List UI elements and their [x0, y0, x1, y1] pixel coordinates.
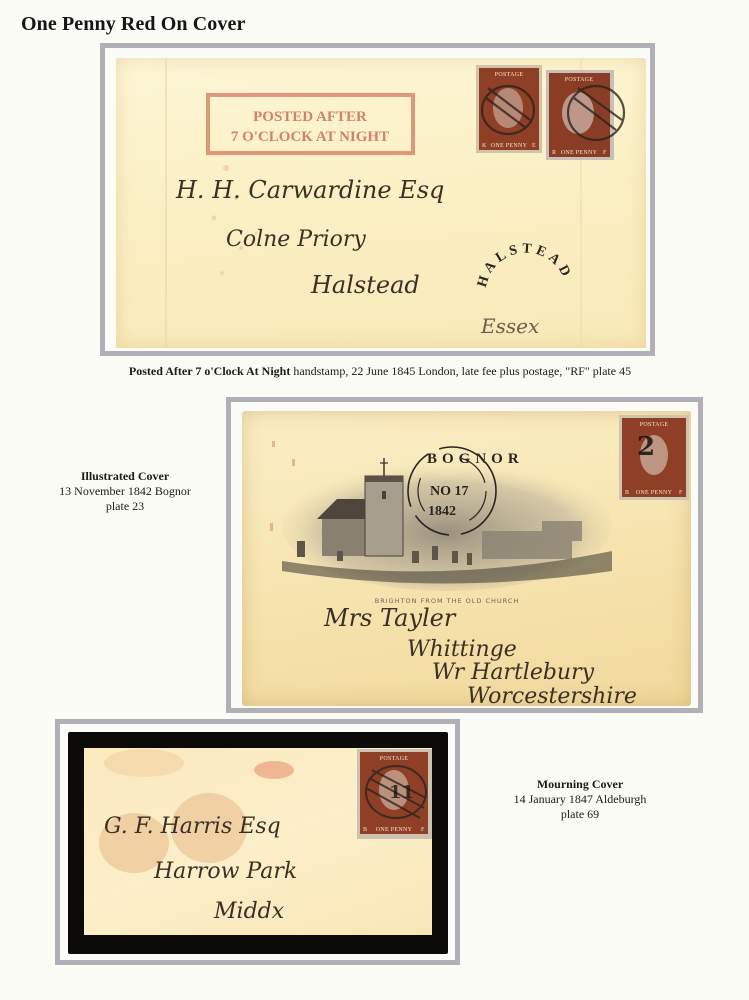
halstead-postmark: HALSTEAD	[475, 241, 575, 298]
svg-text:F: F	[603, 150, 607, 156]
svg-text:K: K	[482, 143, 487, 149]
cover-1-artwork: POSTED AFTER 7 O'CLOCK AT NIGHT POSTAGE …	[116, 58, 646, 348]
address-handwriting: H. H. Carwardine Esq Colne Priory Halste…	[175, 176, 539, 338]
svg-text:Halstead: Halstead	[310, 271, 420, 299]
svg-text:POSTAGE: POSTAGE	[640, 422, 669, 428]
svg-text:7 O'CLOCK AT NIGHT: 7 O'CLOCK AT NIGHT	[231, 129, 389, 145]
svg-text:1842: 1842	[428, 504, 456, 519]
caption-title: Illustrated Cover	[81, 469, 169, 483]
caption-date: 13 November 1842 Bognor	[30, 484, 220, 499]
svg-text:Colne Priory: Colne Priory	[226, 227, 366, 252]
svg-text:POSTAGE: POSTAGE	[495, 72, 524, 78]
caption-plate: plate 23	[30, 499, 220, 514]
page-title: One Penny Red On Cover	[21, 13, 245, 36]
cover-3-artwork: POSTAGE ONE PENNY B F 11 G. F. Harris Es…	[84, 748, 432, 935]
cover-2-artwork: BRIGHTON FROM THE OLD CHURCH BOGNOR NO 1…	[242, 411, 691, 706]
svg-text:11: 11	[389, 782, 414, 803]
svg-text:Wr Hartlebury: Wr Hartlebury	[432, 660, 595, 685]
svg-text:POSTAGE: POSTAGE	[380, 756, 409, 762]
svg-text:H. H. Carwardine Esq: H. H. Carwardine Esq	[175, 176, 444, 204]
cover-posted-after-7[interactable]: POSTED AFTER 7 O'CLOCK AT NIGHT POSTAGE …	[116, 58, 646, 348]
svg-text:ONE PENNY: ONE PENNY	[636, 490, 673, 496]
svg-text:Mrs Tayler: Mrs Tayler	[323, 604, 457, 632]
penny-red-stamp: POSTAGE ONE PENNY B F 2	[619, 415, 689, 500]
caption-mourning: Mourning Cover 14 January 1847 Aldeburgh…	[470, 777, 690, 822]
caption-date: 14 January 1847 Aldeburgh	[470, 792, 690, 807]
caption-plate: plate 69	[470, 807, 690, 822]
svg-text:ONE PENNY: ONE PENNY	[491, 143, 528, 149]
svg-text:Worcestershire: Worcestershire	[467, 684, 637, 706]
mourning-envelope-face: POSTAGE ONE PENNY B F 11 G. F. Harris Es…	[84, 748, 432, 935]
address-handwriting: Mrs Tayler Whittinge Wr Hartlebury Worce…	[323, 604, 637, 706]
penny-red-stamp: POSTAGE ONE PENNY B F 11	[357, 749, 432, 839]
svg-text:G. F. Harris Esq: G. F. Harris Esq	[104, 814, 281, 839]
caption-title: Mourning Cover	[537, 777, 623, 791]
svg-text:BOGNOR: BOGNOR	[427, 451, 524, 467]
svg-text:E: E	[532, 143, 536, 149]
caption-posted-after-7: Posted After 7 o'Clock At Night handstam…	[60, 364, 700, 379]
svg-text:ONE PENNY: ONE PENNY	[561, 150, 598, 156]
svg-text:POSTAGE: POSTAGE	[565, 77, 594, 83]
svg-text:ONE PENNY: ONE PENNY	[376, 827, 413, 833]
cover-illustrated[interactable]: BRIGHTON FROM THE OLD CHURCH BOGNOR NO 1…	[242, 411, 691, 706]
svg-text:Harrow Park: Harrow Park	[153, 859, 297, 884]
svg-text:R: R	[552, 150, 556, 156]
svg-text:B: B	[363, 827, 367, 833]
cover-frame-posted-after-7: POSTED AFTER 7 O'CLOCK AT NIGHT POSTAGE …	[100, 43, 655, 356]
caption-illustrated: Illustrated Cover 13 November 1842 Bogno…	[30, 469, 220, 514]
svg-text:F: F	[421, 827, 425, 833]
svg-text:Essex: Essex	[480, 314, 539, 338]
cover-frame-mourning: POSTAGE ONE PENNY B F 11 G. F. Harris Es…	[55, 719, 460, 965]
penny-red-stamp-1: POSTAGE ONE PENNY K E	[476, 65, 542, 153]
cover-frame-illustrated: BRIGHTON FROM THE OLD CHURCH BOGNOR NO 1…	[226, 397, 703, 713]
svg-text:HALSTEAD: HALSTEAD	[475, 241, 575, 289]
svg-text:POSTED AFTER: POSTED AFTER	[253, 109, 367, 125]
svg-text:F: F	[679, 490, 683, 496]
posted-after-handstamp: POSTED AFTER 7 O'CLOCK AT NIGHT	[208, 95, 413, 153]
svg-text:B: B	[625, 490, 629, 496]
svg-text:Whittinge: Whittinge	[407, 637, 517, 662]
penny-red-stamp-2: POSTAGE ONE PENNY R F	[546, 70, 614, 160]
svg-text:NO 17: NO 17	[430, 484, 469, 499]
svg-text:2: 2	[637, 432, 655, 462]
svg-text:Middx: Middx	[213, 899, 285, 924]
caption-title: Posted After 7 o'Clock At Night	[129, 364, 290, 378]
cover-mourning[interactable]: POSTAGE ONE PENNY B F 11 G. F. Harris Es…	[68, 732, 448, 954]
caption-text: handstamp, 22 June 1845 London, late fee…	[290, 364, 631, 378]
